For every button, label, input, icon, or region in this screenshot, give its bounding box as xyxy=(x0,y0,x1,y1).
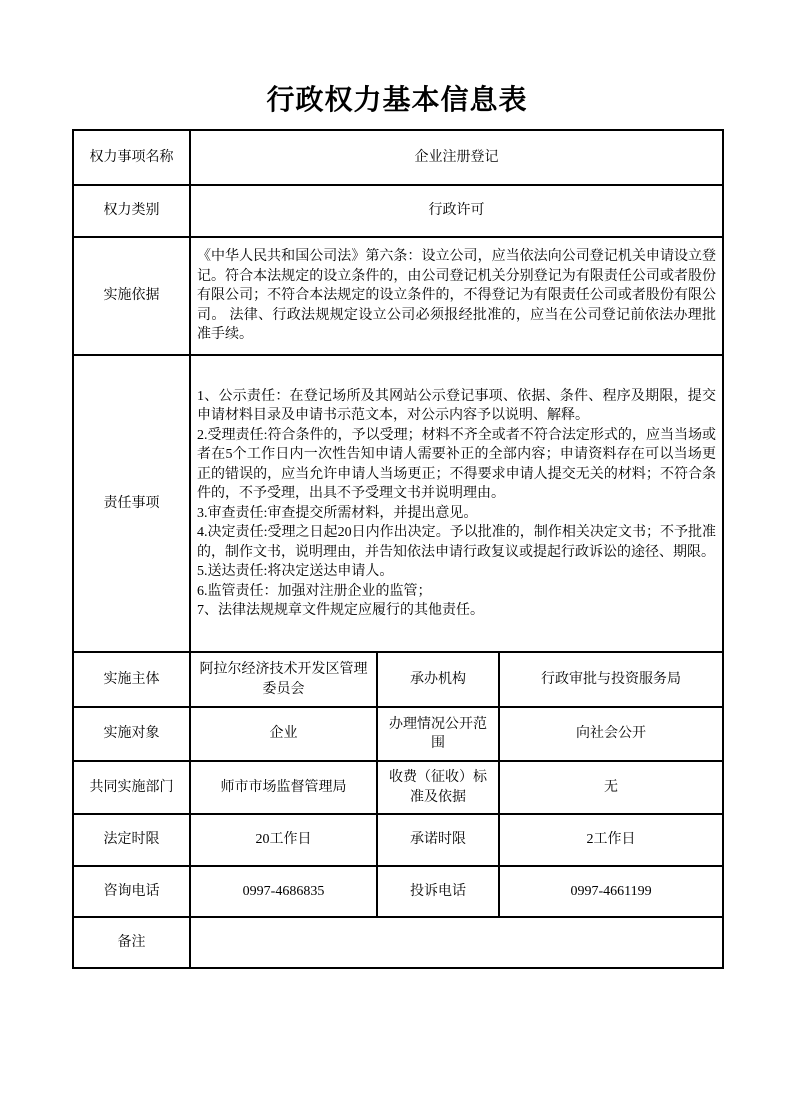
responsibility-item-5: 5.送达责任:将决定送达申请人。 xyxy=(197,562,716,582)
legal-time-limit-label: 法定时限 xyxy=(73,814,190,866)
table-row-legal-basis: 实施依据 《中华人民共和国公司法》第六条：设立公司，应当依法向公司登记机关申请设… xyxy=(73,237,723,355)
legal-basis-value: 《中华人民共和国公司法》第六条：设立公司，应当依法向公司登记机关申请设立登记。符… xyxy=(190,237,723,355)
disclosure-scope-label: 办理情况公开范围 xyxy=(377,707,499,761)
table-row-implement-body: 实施主体 阿拉尔经济技术开发区管理委员会 承办机构 行政审批与投资服务局 xyxy=(73,652,723,707)
table-row-joint-dept: 共同实施部门 师市市场监督管理局 收费（征收）标准及依据 无 xyxy=(73,761,723,814)
table-row-power-type: 权力类别 行政许可 xyxy=(73,185,723,237)
fee-standard-value: 无 xyxy=(499,761,723,814)
responsibility-value: 1、公示责任：在登记场所及其网站公示登记事项、依据、条件、程序及期限，提交申请材… xyxy=(190,355,723,652)
implement-body-value: 阿拉尔经济技术开发区管理委员会 xyxy=(190,652,377,707)
power-type-value: 行政许可 xyxy=(190,185,723,237)
remarks-label: 备注 xyxy=(73,917,190,968)
item-name-value: 企业注册登记 xyxy=(190,130,723,185)
responsibility-item-7: 7、法律法规规章文件规定应履行的其他责任。 xyxy=(197,601,716,621)
legal-basis-label: 实施依据 xyxy=(73,237,190,355)
table-row-phones: 咨询电话 0997-4686835 投诉电话 0997-4661199 xyxy=(73,866,723,917)
implement-target-value: 企业 xyxy=(190,707,377,761)
responsibility-item-6: 6.监管责任：加强对注册企业的监管； xyxy=(197,582,716,602)
implement-target-label: 实施对象 xyxy=(73,707,190,761)
document-page: 行政权力基本信息表 权力事项名称 企业注册登记 权力类别 行政许可 实施依据 《… xyxy=(0,83,794,969)
promised-time-limit-value: 2工作日 xyxy=(499,814,723,866)
handling-agency-label: 承办机构 xyxy=(377,652,499,707)
table-row-time-limit: 法定时限 20工作日 承诺时限 2工作日 xyxy=(73,814,723,866)
responsibility-item-3: 3.审查责任:审查提交所需材料，并提出意见。 xyxy=(197,504,716,524)
power-type-label: 权力类别 xyxy=(73,185,190,237)
responsibility-item-2: 2.受理责任:符合条件的，予以受理；材料不齐全或者不符合法定形式的，应当当场或者… xyxy=(197,426,716,504)
handling-agency-value: 行政审批与投资服务局 xyxy=(499,652,723,707)
consult-phone-label: 咨询电话 xyxy=(73,866,190,917)
promised-time-limit-label: 承诺时限 xyxy=(377,814,499,866)
item-name-label: 权力事项名称 xyxy=(73,130,190,185)
page-title: 行政权力基本信息表 xyxy=(0,83,794,119)
disclosure-scope-value: 向社会公开 xyxy=(499,707,723,761)
responsibility-label: 责任事项 xyxy=(73,355,190,652)
fee-standard-label: 收费（征收）标准及依据 xyxy=(377,761,499,814)
complaint-phone-value: 0997-4661199 xyxy=(499,866,723,917)
table-row-remarks: 备注 xyxy=(73,917,723,968)
table-row-implement-target: 实施对象 企业 办理情况公开范围 向社会公开 xyxy=(73,707,723,761)
remarks-value xyxy=(190,917,723,968)
consult-phone-value: 0997-4686835 xyxy=(190,866,377,917)
implement-body-label: 实施主体 xyxy=(73,652,190,707)
table-row-responsibility: 责任事项 1、公示责任：在登记场所及其网站公示登记事项、依据、条件、程序及期限，… xyxy=(73,355,723,652)
joint-dept-label: 共同实施部门 xyxy=(73,761,190,814)
complaint-phone-label: 投诉电话 xyxy=(377,866,499,917)
table-row-item-name: 权力事项名称 企业注册登记 xyxy=(73,130,723,185)
joint-dept-value: 师市市场监督管理局 xyxy=(190,761,377,814)
responsibility-item-1: 1、公示责任：在登记场所及其网站公示登记事项、依据、条件、程序及期限，提交申请材… xyxy=(197,387,716,426)
responsibility-item-4: 4.决定责任:受理之日起20日内作出决定。予以批准的，制作相关决定文书；不予批准… xyxy=(197,523,716,562)
legal-time-limit-value: 20工作日 xyxy=(190,814,377,866)
info-table: 权力事项名称 企业注册登记 权力类别 行政许可 实施依据 《中华人民共和国公司法… xyxy=(72,129,724,969)
